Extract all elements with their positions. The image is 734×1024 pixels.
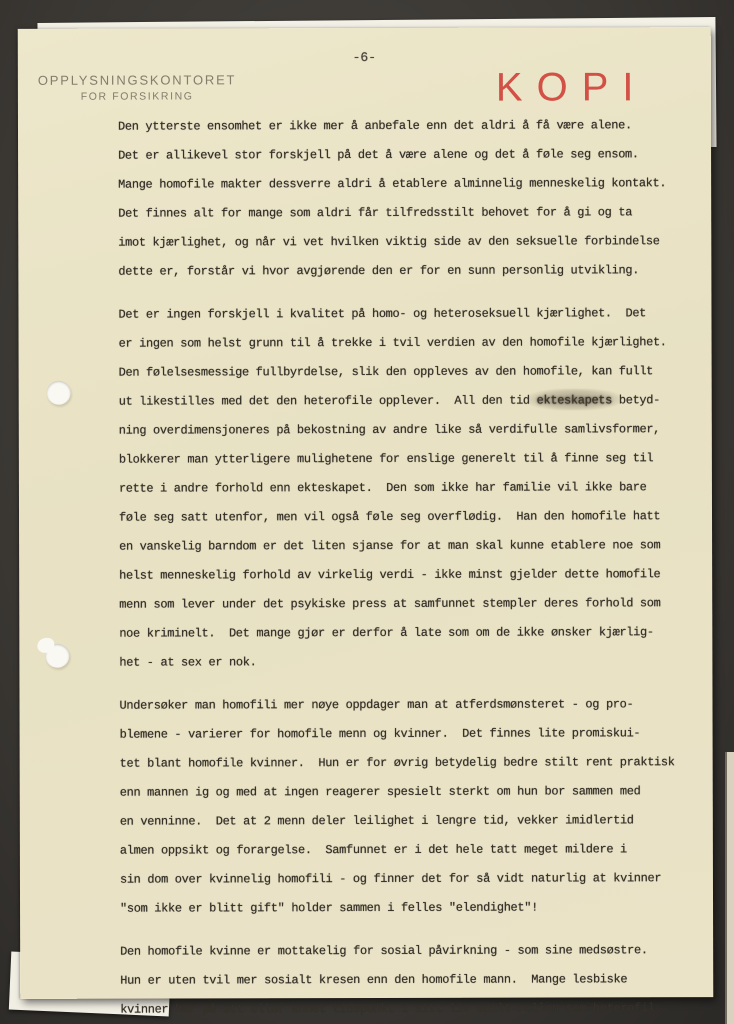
- text-line: Den følelsesmessige fullbyrdelse, slik d…: [119, 357, 709, 388]
- text-line: Mange homofile makter dessverre aldri å …: [118, 169, 708, 200]
- text-line: blokkerer man ytterligere mulighetene fo…: [119, 444, 709, 475]
- paragraph: Det er ingen forskjell i kvalitet på hom…: [118, 299, 709, 678]
- text-line: menn som lever under det psykiske press …: [119, 589, 709, 620]
- text-line: Hun er uten tvil mer sosialt kresen enn …: [120, 965, 710, 996]
- punch-hole-top: [47, 381, 71, 405]
- text-line: Det finnes alt for mange som aldri får t…: [118, 198, 708, 229]
- paragraph: Undersøker man homofili mer nøye oppdage…: [119, 690, 710, 924]
- letterhead-line1: OPPLYSNINGSKONTORET: [38, 72, 236, 88]
- letterhead-line2: FOR FORSIKRING: [38, 90, 236, 103]
- punch-hole-bottom: [45, 644, 69, 668]
- text-line: tet blant homofile kvinner. Hun er for ø…: [120, 748, 710, 779]
- text-line: dette er, forstår vi hvor avgjørende den…: [118, 256, 708, 287]
- text-line: en vanskelig barndom er det liten sjanse…: [119, 531, 709, 562]
- text-line: Den homofile kvinne er mottakelig for so…: [120, 936, 710, 967]
- text-line: en venninne. Det at 2 menn deler leiligh…: [120, 806, 710, 837]
- text-line: almen oppsikt og forargelse. Samfunnet e…: [120, 835, 710, 866]
- text-line: ning overdimensjoneres på bekostning av …: [119, 415, 709, 446]
- letterhead-stamp: OPPLYSNINGSKONTORET FOR FORSIKRING: [38, 72, 236, 103]
- text-line: ut likestilles med det den heterofile op…: [119, 386, 709, 417]
- text-line: sin dom over kvinnelig homofili - og fin…: [120, 864, 710, 895]
- text-line: Det er ingen forskjell i kvalitet på hom…: [118, 299, 708, 330]
- ink-smudge: ekteskapets: [537, 393, 612, 407]
- page-number: -6-: [18, 49, 711, 66]
- paragraph: Den homofile kvinne er mottakelig for so…: [120, 936, 710, 1024]
- text-line: Det er allikevel stor forskjell på det å…: [118, 140, 708, 171]
- background-object-strip: [725, 752, 734, 1024]
- text-line: het - at sex er nok.: [119, 647, 709, 678]
- text-line: enn mannen ig og med at ingen reagerer s…: [120, 777, 710, 808]
- copy-stamp: KOPI: [496, 65, 648, 110]
- text-line: blemene - varierer for homofile menn og …: [120, 719, 710, 750]
- paragraph: Den ytterste ensomhet er ikke mer å anbe…: [118, 111, 708, 287]
- text-line: noe kriminelt. Det mange gjør er derfor …: [119, 618, 709, 649]
- text-line: helst menneskelig forhold av virkelig ve…: [119, 560, 709, 591]
- text-line: Den ytterste ensomhet er ikke mer å anbe…: [118, 111, 708, 142]
- text-line: kvinner har på ett eller annet tidspunkt…: [120, 994, 710, 1024]
- text-line: føle seg satt utenfor, men vil også føle…: [119, 502, 709, 533]
- document-page: -6- OPPLYSNINGSKONTORET FOR FORSIKRING K…: [18, 27, 714, 999]
- document-body: Den ytterste ensomhet er ikke mer å anbe…: [118, 111, 710, 1024]
- text-line: rette i andre forhold enn ekteskapet. De…: [119, 473, 709, 504]
- text-line: imot kjærlighet, og når vi vet hvilken v…: [118, 227, 708, 258]
- text-line: Undersøker man homofili mer nøye oppdage…: [119, 690, 709, 721]
- text-line: er ingen som helst grunn til å trekke i …: [119, 328, 709, 359]
- text-line: "som ikke er blitt gift" holder sammen i…: [120, 893, 710, 924]
